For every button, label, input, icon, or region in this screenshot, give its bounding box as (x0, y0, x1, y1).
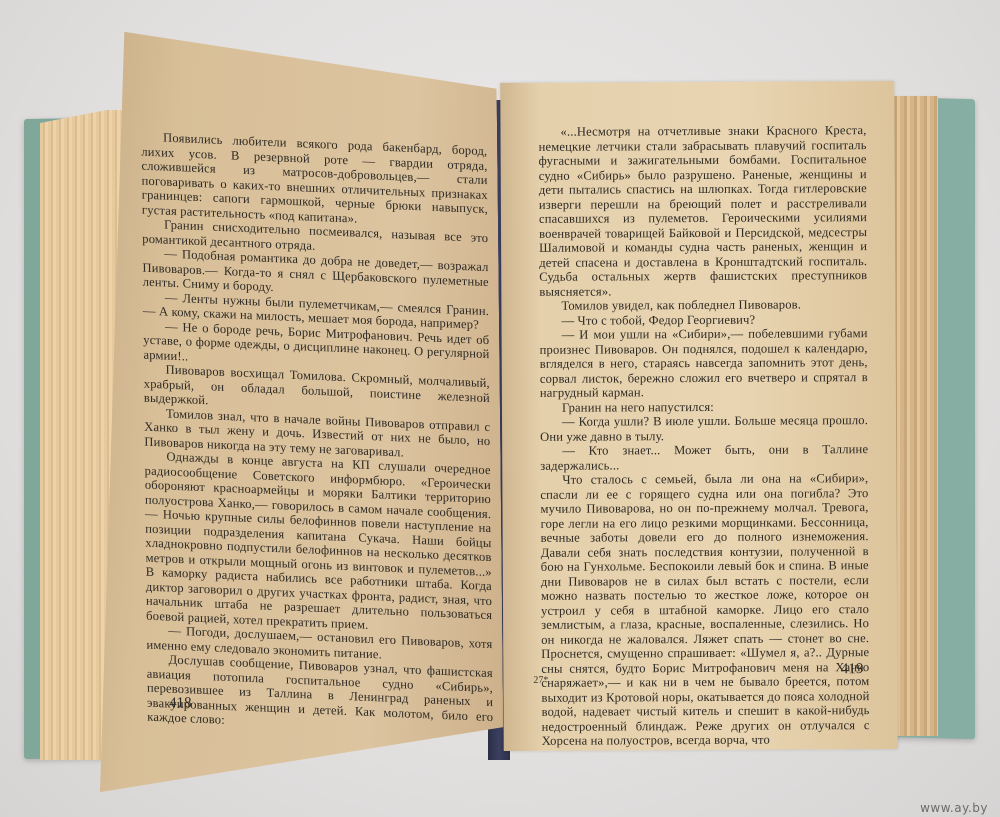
paragraph: Дослушав сообщение, Пивоваров узнал, что… (147, 652, 494, 739)
paragraph: Появились любители всякого рода бакенбар… (141, 130, 488, 232)
signature-mark: 27* (533, 675, 548, 686)
left-page: Появились любители всякого рода бакенбар… (92, 28, 504, 792)
paragraph: — И мои ушли на «Сибири»,— побелевшими г… (540, 326, 868, 400)
right-page-text: «...Несмотря на отчетливые знаки Красног… (538, 123, 869, 748)
page-number-left: 418 (169, 695, 192, 712)
paragraph: — Кто знает... Может быть, они в Таллине… (540, 442, 868, 473)
watermark: www.ay.by (920, 801, 988, 815)
right-page: «...Несмотря на отчетливые знаки Красног… (500, 81, 897, 751)
paragraph: Однажды в конце августа на КП слушали оч… (144, 449, 492, 637)
left-page-text: Появились любители всякого рода бакенбар… (141, 130, 493, 739)
paragraph: — Когда ушли? В июле ушли. Больше месяца… (540, 413, 868, 444)
photo-scene: Появились любители всякого рода бакенбар… (0, 0, 1000, 817)
paragraph: Что сталось с семьей, была ли она на «Си… (540, 471, 869, 748)
paragraph: «...Несмотря на отчетливые знаки Красног… (538, 123, 867, 299)
page-number-right: 419 (841, 661, 864, 678)
